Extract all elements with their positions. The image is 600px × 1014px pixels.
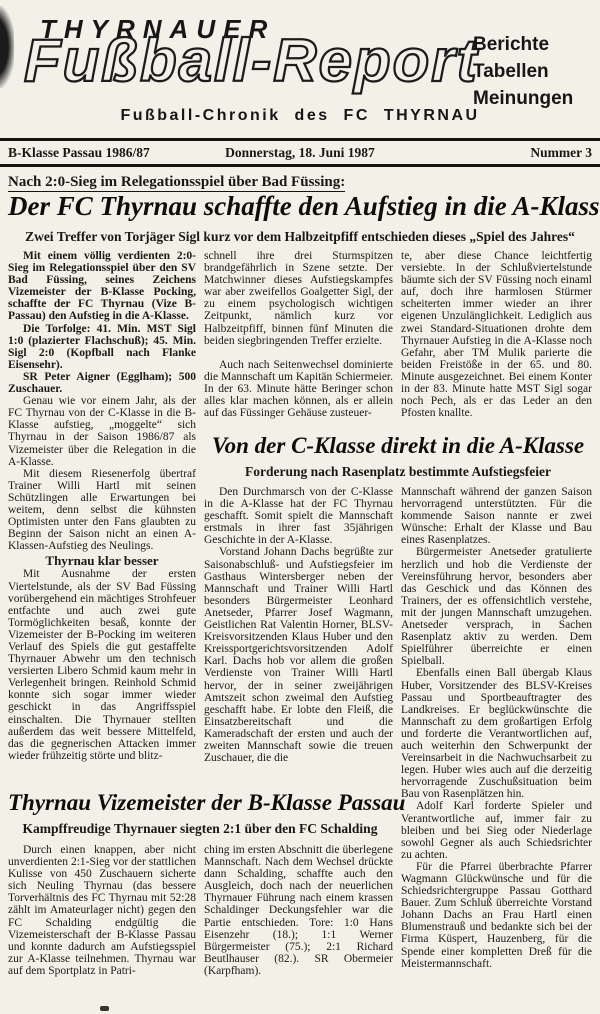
article1-headline: Der FC Thyrnau schaffte den Aufstieg in … — [8, 189, 592, 223]
corner-scan-artifact — [0, 6, 14, 88]
article2-col2: Mannschaft während der ganzen Saison her… — [401, 486, 592, 970]
article1-col1-body2: Mit Ausnahme der ersten Viertelstunde, a… — [8, 568, 196, 762]
article2-subhead: Forderung nach Rasenplatz bestimmte Aufs… — [204, 464, 592, 480]
dateline-issue: Nummer 3 — [375, 145, 592, 161]
dateline-date: Donnerstag, 18. Juni 1987 — [225, 145, 375, 161]
paragraph: te, aber diese Chance leichtfertig versi… — [401, 250, 592, 419]
article1-col3: te, aber diese Chance leichtfertig versi… — [401, 250, 592, 419]
masthead-topic: Berichte — [473, 31, 573, 58]
article1-col1-body: Genau wie vor einem Jahr, als der FC Thy… — [8, 395, 196, 552]
article1-crosshead: Thyrnau klar besser — [8, 555, 196, 567]
article2-header: Von der C-Klasse direkt in die A-Klasse … — [204, 433, 592, 480]
article3-subhead: Kampffreudige Thyrnauer siegten 2:1 über… — [8, 821, 392, 837]
dateline-league: B-Klasse Passau 1986/87 — [8, 145, 225, 161]
scan-speck — [100, 1006, 109, 1011]
paragraph: SR Peter Aigner (Egglham); 500 Zuschauer… — [8, 371, 196, 395]
article3-headline: Thyrnau Vizemeister der B-Klasse Passau — [8, 790, 392, 816]
horizontal-rule — [0, 164, 600, 167]
article1-col2: schnell ihre drei Sturmspitzen brandgefä… — [204, 250, 393, 419]
paragraph: Vorstand Johann Dachs begrüßte zur Saiso… — [204, 546, 393, 764]
masthead-topic: Tabellen — [473, 58, 573, 85]
article1-col1: Mit einem völlig verdienten 2:0-Sieg im … — [8, 250, 196, 762]
article1-subhead: Zwei Treffer von Torjäger Sigl kurz vor … — [0, 229, 600, 245]
paragraph: Genau wie vor einem Jahr, als der FC Thy… — [8, 395, 196, 468]
article3-col2: ching im ersten Abschnitt die überlegene… — [204, 844, 393, 977]
masthead-subtitle: Fußball-Chronik des FC THYRNAU — [0, 107, 600, 125]
paragraph: Mit Ausnahme der ersten Viertelstunde, a… — [8, 568, 196, 762]
paragraph: Auch nach Seitenwechsel dominierte die M… — [204, 359, 393, 419]
paragraph: Durch einen knappen, aber nicht unverdie… — [8, 844, 196, 977]
article3-header: Thyrnau Vizemeister der B-Klasse Passau … — [8, 790, 392, 837]
paragraph: Ebenfalls einen Ball übergab Klaus Huber… — [401, 667, 592, 800]
article1-lead: Mit einem völlig verdienten 2:0-Sieg im … — [8, 250, 196, 395]
paragraph: Bürgermeister Anetseder gratulierte herz… — [401, 546, 592, 667]
horizontal-rule — [0, 138, 600, 141]
paragraph: Für die Pfarrei überbrachte Pfarrer Wagm… — [401, 861, 592, 970]
paragraph: Die Torfolge: 41. Min. MST Sigl 1:0 (pla… — [8, 323, 196, 371]
paragraph: Mit einem völlig verdienten 2:0-Sieg im … — [8, 250, 196, 323]
paragraph: Mannschaft während der ganzen Saison her… — [401, 486, 592, 546]
masthead-topics: Berichte Tabellen Meinungen — [473, 31, 573, 112]
paragraph: Adolf Karl forderte Spieler und Verantwo… — [401, 800, 592, 860]
dateline: B-Klasse Passau 1986/87 Donnerstag, 18. … — [0, 143, 600, 163]
masthead-title: Fußball-Report — [24, 26, 479, 95]
paragraph: Den Durchmarsch von der C-Klasse in die … — [204, 486, 393, 546]
article3-col1: Durch einen knappen, aber nicht unverdie… — [8, 844, 196, 977]
article2-col1: Den Durchmarsch von der C-Klasse in die … — [204, 486, 393, 764]
newspaper-page: THYRNAUER Fußball-Report Berichte Tabell… — [0, 0, 600, 1014]
paragraph: Mit diesem Riesenerfolg übertraf Trainer… — [8, 468, 196, 553]
paragraph: schnell ihre drei Sturmspitzen brandgefä… — [204, 250, 393, 347]
article2-headline: Von der C-Klasse direkt in die A-Klasse — [204, 433, 592, 459]
paragraph: ching im ersten Abschnitt die überlegene… — [204, 844, 393, 977]
